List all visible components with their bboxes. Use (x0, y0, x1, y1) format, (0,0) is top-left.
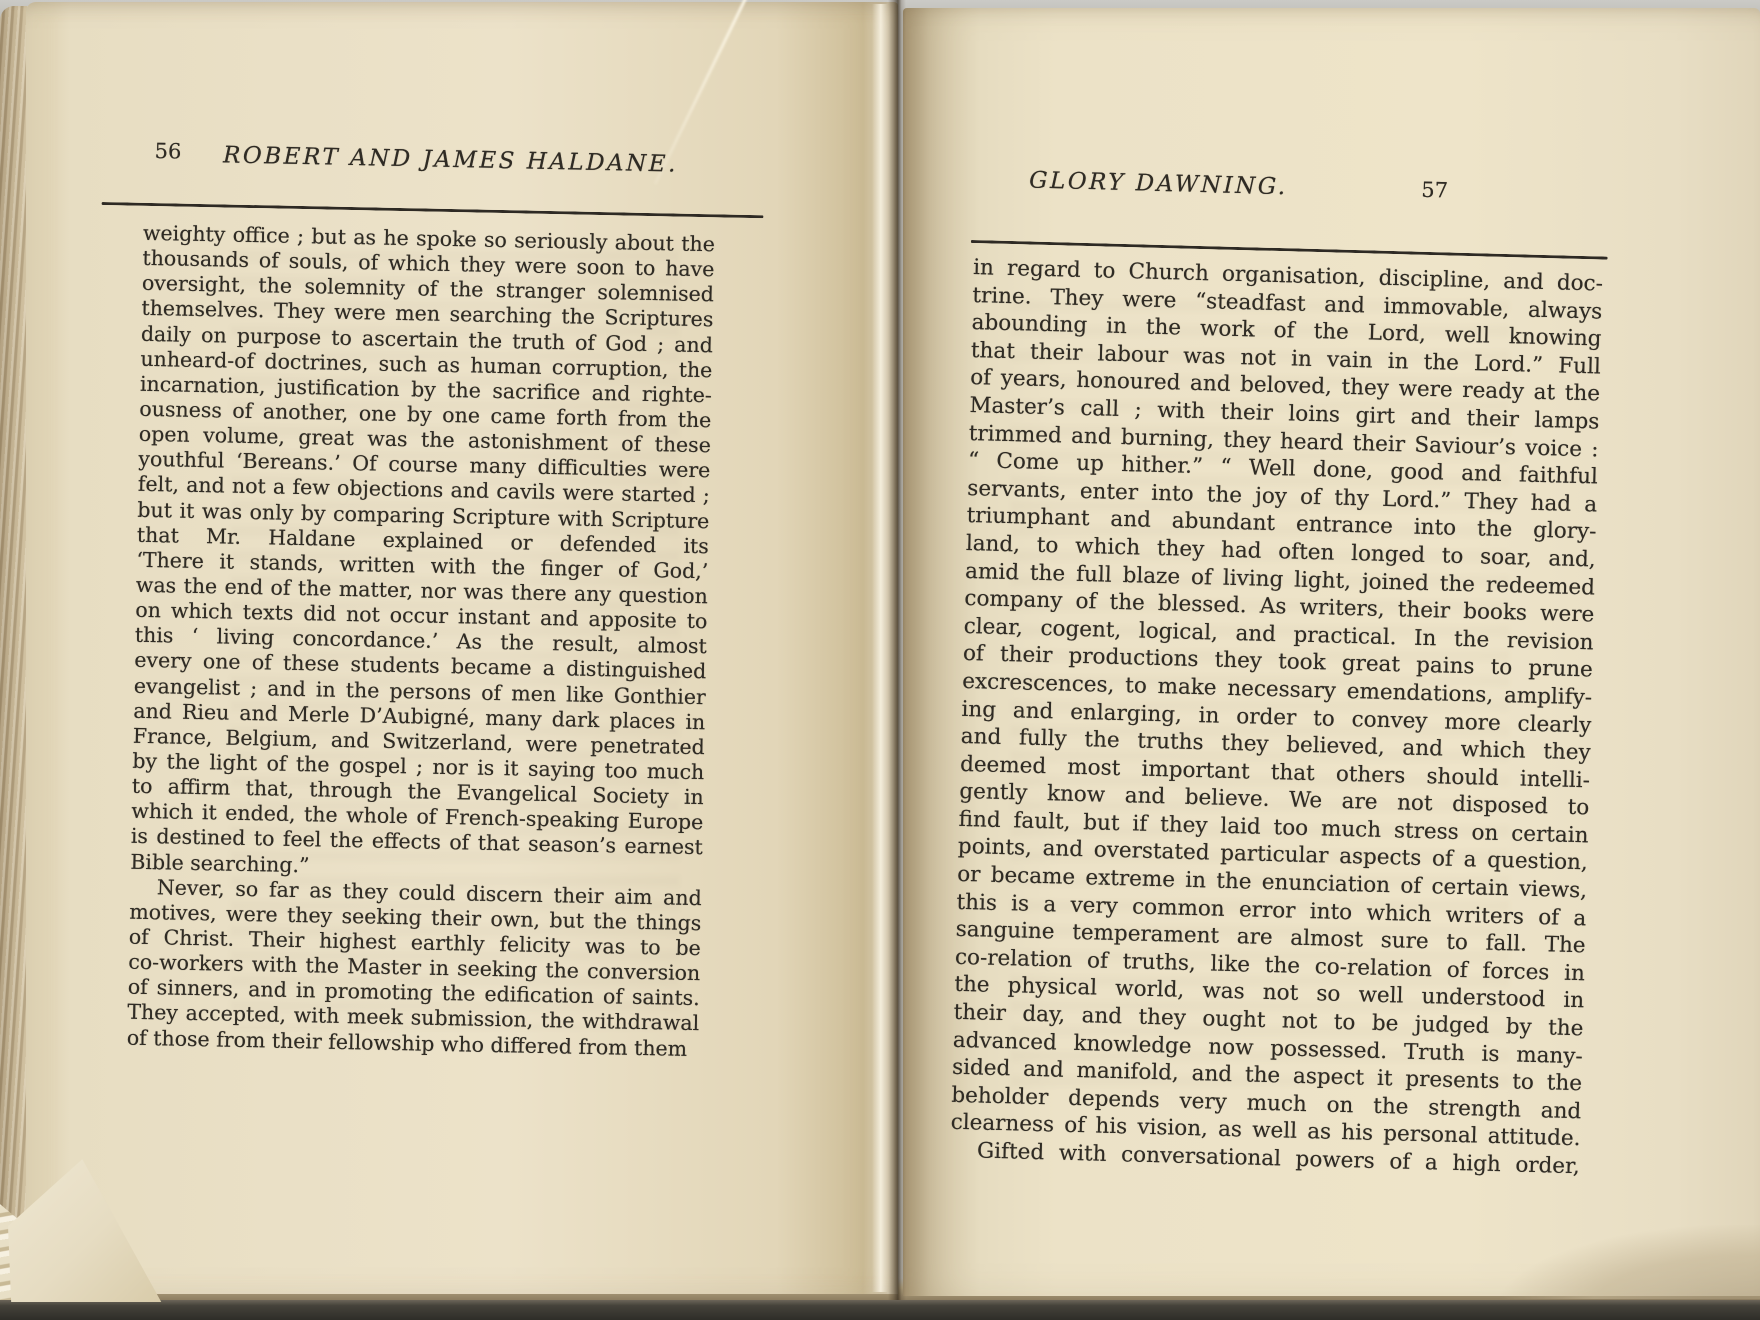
page-56-text: weighty office ; but as he spoke so seri… (127, 221, 716, 1062)
table-surface (0, 1298, 1760, 1320)
gutter-highlight (872, 4, 888, 1292)
book-scan: 56 ROBERT AND JAMES HALDANE. weighty off… (0, 0, 1760, 1320)
gutter-shadow (888, 0, 906, 1300)
bottom-right-page-curl (1500, 1225, 1760, 1299)
page-57-text: in regard to Church organisation, discip… (950, 254, 1604, 1181)
